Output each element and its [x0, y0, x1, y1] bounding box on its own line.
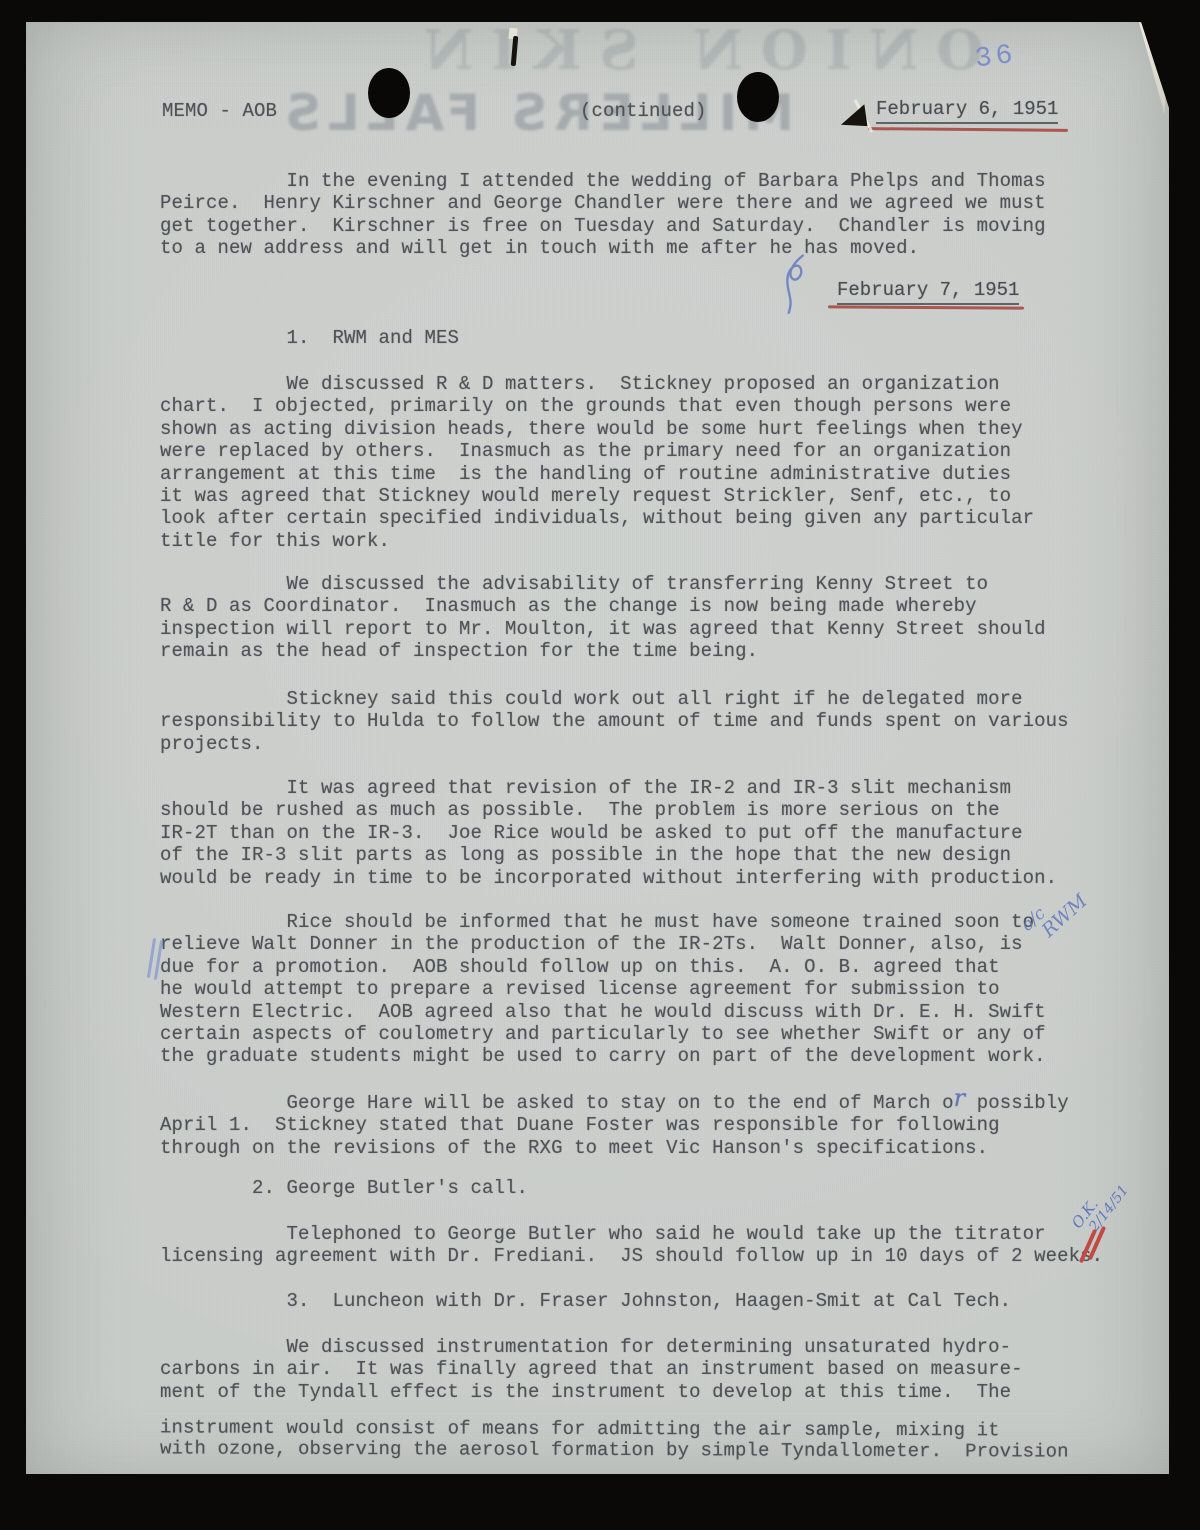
red-underline-feb7 [828, 305, 1024, 309]
heading-luncheon-caltech: 3. Luncheon with Dr. Fraser Johnston, Ha… [160, 1290, 1011, 1312]
handwritten-page-number: 36 [973, 40, 1018, 76]
hole-punch-right [737, 72, 779, 122]
paragraph-org-chart: We discussed R & D matters. Stickney pro… [160, 373, 1034, 552]
blue-check-mark [779, 252, 818, 321]
red-underline-feb6 [868, 127, 1068, 131]
memo-header-continued: (continued) [580, 100, 707, 122]
paragraph-kenny-street: We discussed the advisability of transfe… [160, 573, 1046, 663]
bleedthrough-stamp-line2: MILLERS FALLS [278, 84, 794, 142]
paragraph-wedding: In the evening I attended the wedding of… [160, 170, 1046, 260]
memo-date-feb6-text: February 6, 1951 [876, 98, 1058, 124]
paragraph-instrumentation: We discussed instrumentation for determi… [160, 1336, 1023, 1403]
heading-george-butler: 2. George Butler's call. [160, 1177, 528, 1199]
memo-date-feb6: February 6, 1951 [876, 98, 1058, 124]
memo-header-left: MEMO - AOB [162, 100, 277, 122]
handwritten-r-correction: r [954, 1084, 966, 1112]
paragraph-george-hare: George Hare will be asked to stay on to … [160, 1089, 1069, 1159]
bleedthrough-stamp-line1: ONION SKIN [406, 22, 983, 82]
memo-date-feb7-text: February 7, 1951 [837, 279, 1019, 305]
memo-date-feb7: February 7, 1951 [837, 279, 1019, 305]
paragraph-slit-mechanism: It was agreed that revision of the IR-2 … [160, 777, 1057, 889]
paragraph-butler-call: Telephoned to George Butler who said he … [160, 1223, 1103, 1268]
paragraph-rice-donner: Rice should be informed that he must hav… [160, 911, 1046, 1068]
paragraph-stickney-hulda: Stickney said this could work out all ri… [160, 688, 1069, 755]
hole-punch-left [368, 68, 410, 118]
paper-sheet: ONION SKIN MILLERS FALLS MEMO - AOB (con… [26, 22, 1169, 1474]
paragraph-instrument-design: instrument would consist of means for ad… [160, 1417, 1069, 1462]
heading-rwm-mes: 1. RWM and MES [160, 327, 459, 349]
hare-text-before-correction: George Hare will be asked to stay on to … [160, 1092, 954, 1114]
scanned-memo-page: ONION SKIN MILLERS FALLS MEMO - AOB (con… [0, 0, 1200, 1530]
folded-corner [1137, 22, 1169, 114]
black-triangle-mark [839, 104, 868, 129]
